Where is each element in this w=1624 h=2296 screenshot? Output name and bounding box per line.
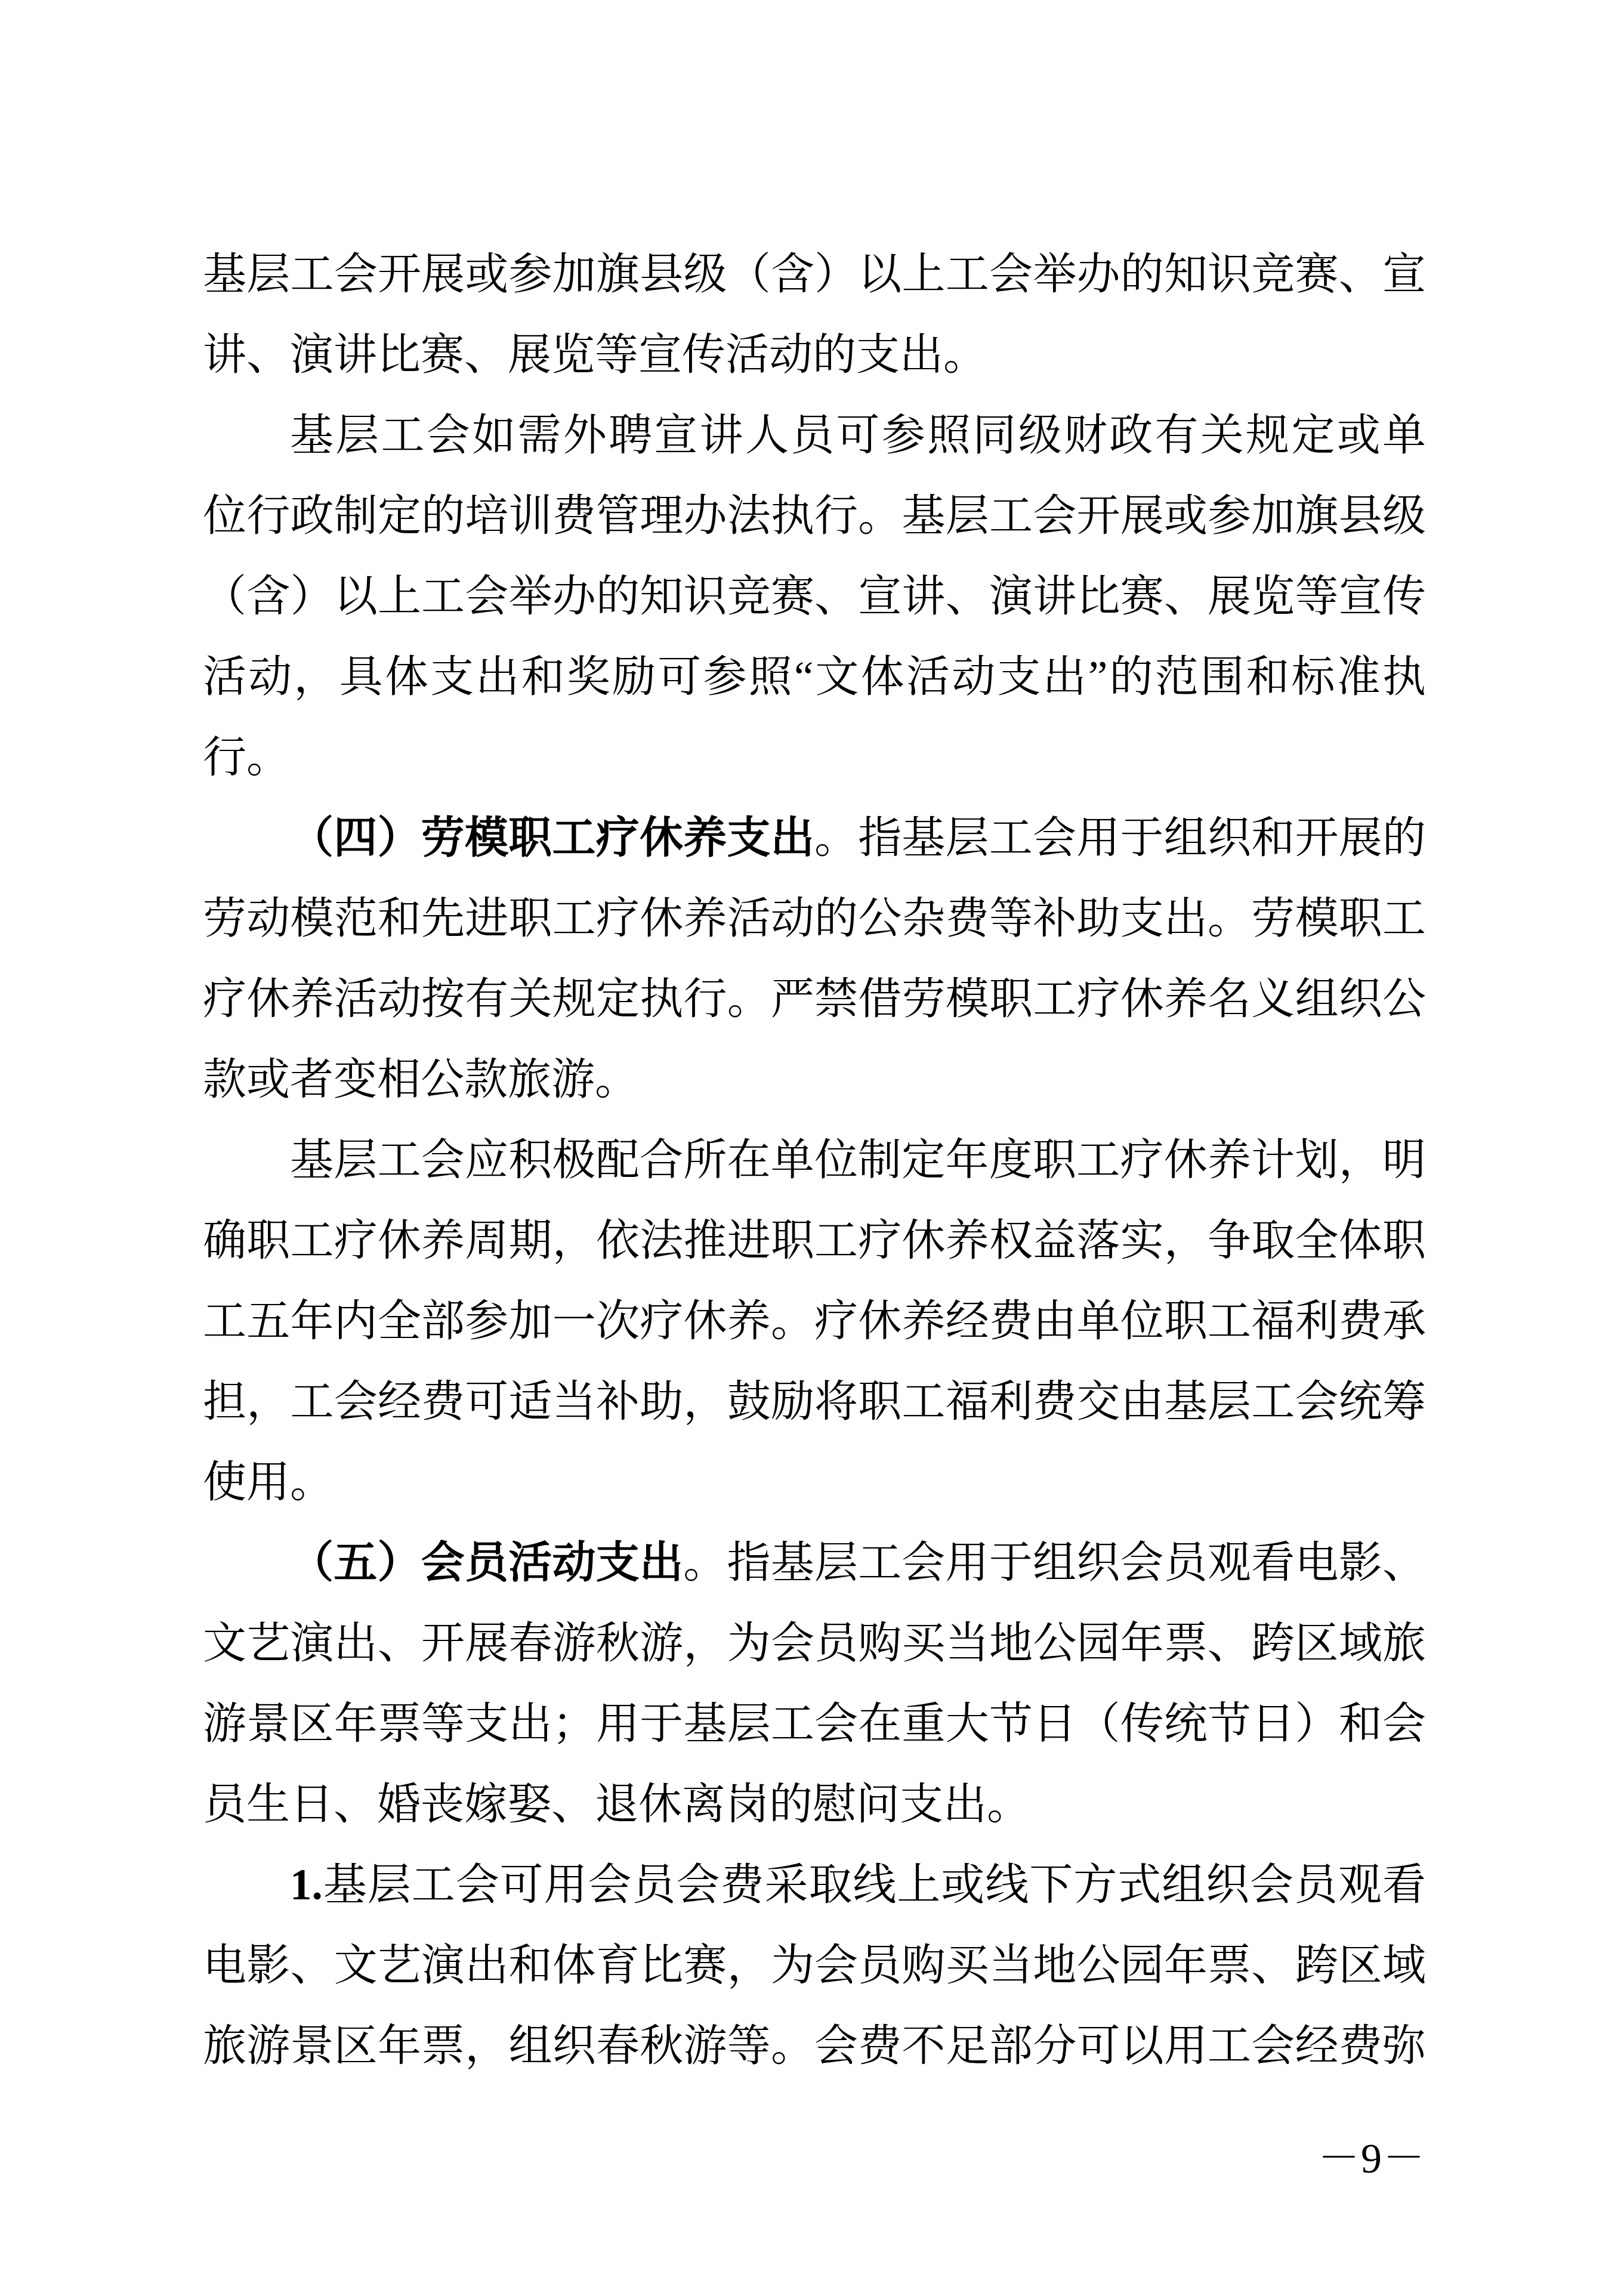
text-line: 活动，具体支出和奖励可参照“文体活动支出”的范围和标准执 — [203, 636, 1426, 717]
body-segment: 工五年内全部参加一次疗休养。疗休养经费由单位职工福利费承 — [203, 1297, 1426, 1345]
text-line: 旅游景区年票，组织春秋游等。会费不足部分可以用工会经费弥 — [203, 2005, 1426, 2086]
body-segment: 活动，具体支出和奖励可参照“文体活动支出”的范围和标准执 — [203, 653, 1426, 701]
text-line: 游景区年票等支出；用于基层工会在重大节日（传统节日）和会 — [203, 1683, 1426, 1764]
body-segment: 讲、演讲比赛、展览等宣传活动的支出。 — [203, 330, 987, 379]
text-line: 劳动模范和先进职工疗休养活动的公杂费等补助支出。劳模职工 — [203, 878, 1426, 959]
body-segment: 使用。 — [203, 1458, 334, 1506]
body-segment: 基层工会应积极配合所在单位制定年度职工疗休养计划，明 — [290, 1136, 1426, 1184]
text-line: （四）劳模职工疗休养支出。指基层工会用于组织和开展的 — [203, 798, 1426, 878]
body-segment: 担，工会经费可适当补助，鼓励将职工福利费交由基层工会统筹 — [203, 1377, 1426, 1426]
heading-segment: 1. — [290, 1861, 323, 1909]
body-segment: 游景区年票等支出；用于基层工会在重大节日（传统节日）和会 — [203, 1699, 1426, 1748]
text-line: 担，工会经费可适当补助，鼓励将职工福利费交由基层工会统筹 — [203, 1361, 1426, 1442]
text-line: 行。 — [203, 717, 1426, 798]
body-segment: 疗休养活动按有关规定执行。严禁借劳模职工疗休养名义组织公 — [203, 975, 1426, 1023]
text-line: 基层工会应积极配合所在单位制定年度职工疗休养计划，明 — [203, 1120, 1426, 1200]
body-segment: 基层工会可用会员会费采取线上或线下方式组织会员观看 — [323, 1861, 1426, 1909]
heading-segment: （四）劳模职工疗休养支出 — [290, 814, 814, 862]
text-line: 员生日、婚丧嫁娶、退休离岗的慰问支出。 — [203, 1764, 1426, 1844]
document-page: 基层工会开展或参加旗县级（含）以上工会举办的知识竞赛、宣讲、演讲比赛、展览等宣传… — [0, 0, 1624, 2296]
body-segment: 款或者变相公款旅游。 — [203, 1055, 638, 1104]
body-segment: 基层工会开展或参加旗县级（含）以上工会举办的知识竞赛、宣 — [203, 250, 1426, 298]
body-segment: 。指基层工会用于组织和开展的 — [814, 814, 1426, 862]
text-line: 位行政制定的培训费管理办法执行。基层工会开展或参加旗县级 — [203, 475, 1426, 556]
body-segment: 。指基层工会用于组织会员观看电影、 — [683, 1538, 1426, 1587]
text-line: 基层工会如需外聘宣讲人员可参照同级财政有关规定或单 — [203, 395, 1426, 475]
text-line: 1.基层工会可用会员会费采取线上或线下方式组织会员观看 — [203, 1844, 1426, 1925]
body-segment: 行。 — [203, 733, 290, 781]
text-line: 确职工疗休养周期，依法推进职工疗休养权益落实，争取全体职 — [203, 1200, 1426, 1281]
text-line: 讲、演讲比赛、展览等宣传活动的支出。 — [203, 314, 1426, 395]
text-line: （含）以上工会举办的知识竞赛、宣讲、演讲比赛、展览等宣传 — [203, 556, 1426, 636]
body-segment: 位行政制定的培训费管理办法执行。基层工会开展或参加旗县级 — [203, 492, 1426, 540]
body-segment: 确职工疗休养周期，依法推进职工疗休养权益落实，争取全体职 — [203, 1216, 1426, 1265]
text-line: 电影、文艺演出和体育比赛，为会员购买当地公园年票、跨区域 — [203, 1925, 1426, 2005]
document-body: 基层工会开展或参加旗县级（含）以上工会举办的知识竞赛、宣讲、演讲比赛、展览等宣传… — [203, 234, 1426, 2086]
text-line: 款或者变相公款旅游。 — [203, 1039, 1426, 1120]
body-segment: 员生日、婚丧嫁娶、退休离岗的慰问支出。 — [203, 1780, 1030, 1828]
body-segment: 基层工会如需外聘宣讲人员可参照同级财政有关规定或单 — [290, 411, 1426, 459]
body-segment: 电影、文艺演出和体育比赛，为会员购买当地公园年票、跨区域 — [203, 1941, 1426, 1989]
page-number: －9－ — [203, 2124, 1426, 2195]
text-line: 工五年内全部参加一次疗休养。疗休养经费由单位职工福利费承 — [203, 1281, 1426, 1361]
text-line: （五）会员活动支出。指基层工会用于组织会员观看电影、 — [203, 1522, 1426, 1603]
body-segment: 旅游景区年票，组织春秋游等。会费不足部分可以用工会经费弥 — [203, 2022, 1426, 2070]
text-line: 基层工会开展或参加旗县级（含）以上工会举办的知识竞赛、宣 — [203, 234, 1426, 314]
body-segment: 劳动模范和先进职工疗休养活动的公杂费等补助支出。劳模职工 — [203, 894, 1426, 942]
text-line: 文艺演出、开展春游秋游，为会员购买当地公园年票、跨区域旅 — [203, 1603, 1426, 1683]
body-segment: （含）以上工会举办的知识竞赛、宣讲、演讲比赛、展览等宣传 — [203, 572, 1426, 620]
text-line: 使用。 — [203, 1442, 1426, 1522]
text-line: 疗休养活动按有关规定执行。严禁借劳模职工疗休养名义组织公 — [203, 959, 1426, 1039]
heading-segment: （五）会员活动支出 — [290, 1538, 683, 1587]
body-segment: 文艺演出、开展春游秋游，为会员购买当地公园年票、跨区域旅 — [203, 1619, 1426, 1667]
